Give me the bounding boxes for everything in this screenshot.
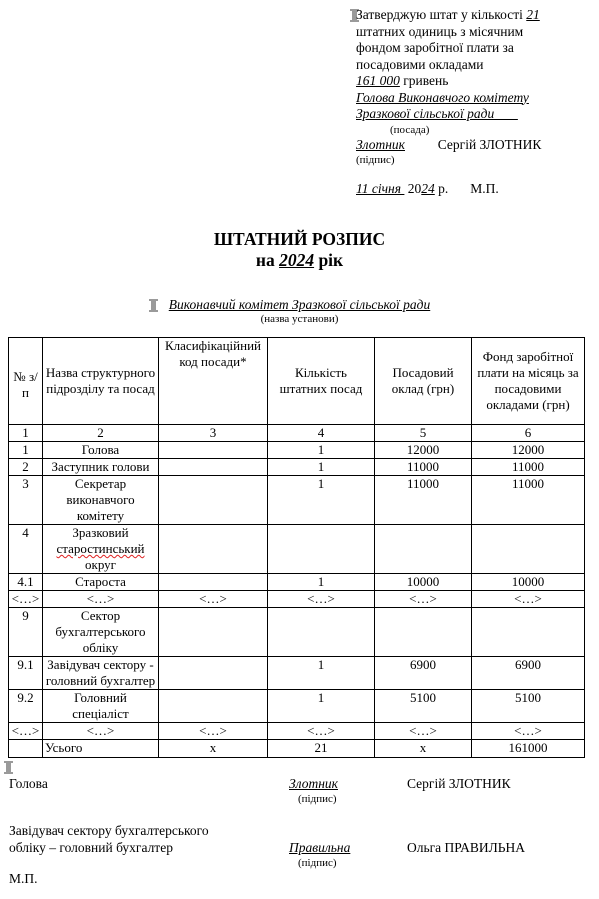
total-fund: 161000 (472, 740, 585, 758)
header-fund: Фонд заробітної плати на місяць за посад… (472, 338, 585, 425)
table-row: 2Заступник голови11100011000 (9, 459, 585, 476)
institution-block: Виконавчий комітет Зразкової сільської р… (0, 297, 599, 327)
head-signature-caption: (підпис) (298, 791, 337, 808)
header-salary: Посадовий оклад (грн) (375, 338, 472, 425)
total-label: Усього (43, 740, 159, 758)
table-row-ellipsis: <…><…><…><…><…><…> (9, 591, 585, 608)
spellcheck-underline: старостинський (57, 541, 145, 556)
approval-line-3: фондом заробітної плати за (356, 40, 596, 57)
approval-stamp: М.П. (470, 181, 499, 196)
staff-count-value: 21 (526, 7, 540, 22)
approval-block: Затверджую штат у кількості 21 штатних о… (356, 7, 596, 198)
title-line-2: на 2024 рік (0, 250, 599, 271)
table-row: 3Секретар виконавчого комітету1110001100… (9, 476, 585, 525)
approval-position-line-1: Голова Виконавчого комітету (356, 90, 596, 107)
approval-signer-name: Сергій ЗЛОТНИК (438, 137, 542, 152)
approval-line-1: Затверджую штат у кількості 21 (356, 7, 596, 24)
approval-signature: Злотник (356, 137, 405, 152)
approval-date: 11 січня (356, 181, 404, 196)
fund-amount-value: 161 000 (356, 73, 400, 88)
accountant-position-line-1: Завідувач сектору бухгалтерського (9, 823, 209, 840)
header-number: № з/п (9, 338, 43, 425)
approval-line-5: 161 000 гривень (356, 73, 596, 90)
approval-line-4: посадовими окладами (356, 57, 596, 74)
total-count: 21 (268, 740, 375, 758)
table-row-ellipsis: <…><…><…><…><…><…> (9, 723, 585, 740)
document-title: ШТАТНИЙ РОЗПИС на 2024 рік (0, 229, 599, 271)
accountant-position-line-2: обліку – головний бухгалтер (9, 840, 173, 857)
institution-name: Виконавчий комітет Зразкової сільської р… (0, 297, 599, 312)
table-row: 4.1Староста11000010000 (9, 574, 585, 591)
approval-signature-line: Злотник Сергій ЗЛОТНИК (356, 137, 596, 154)
table-row: 1Голова11200012000 (9, 442, 585, 459)
table-row: 4 Зразковий старостинський округ (9, 525, 585, 574)
approval-date-line: 11 січня 2024 р.М.П. (356, 181, 596, 198)
table-row: 9Сектор бухгалтерського обліку (9, 608, 585, 657)
signature-caption: (підпис) (356, 153, 596, 167)
institution-caption: (назва установи) (0, 312, 599, 327)
district-name-cell: Зразковий старостинський округ (43, 525, 159, 574)
header-count: Кількість штатних посад (268, 338, 375, 425)
table-row: 9.2Головний спеціаліст151005100 (9, 690, 585, 723)
approval-position-line-2: Зразкової сільської ради (356, 106, 596, 123)
paragraph-anchor-icon (6, 761, 11, 774)
approval-line-2: штатних одиниць з місячним (356, 24, 596, 41)
title-line-1: ШТАТНИЙ РОЗПИС (0, 229, 599, 250)
column-number-row: 1 2 3 4 5 6 (9, 425, 585, 442)
staff-table: № з/п Назва структурного підрозділу та п… (8, 337, 585, 758)
head-position: Голова (9, 776, 48, 793)
table-row: 9.1Завідувач сектору - головний бухгалте… (9, 657, 585, 690)
header-name: Назва структурного підрозділу та посад (43, 338, 159, 425)
table-total-row: Усьогох21х161000 (9, 740, 585, 758)
header-code: Класифікаційний код посади* (159, 338, 268, 425)
table-header-row: № з/п Назва структурного підрозділу та п… (9, 338, 585, 425)
accountant-name: Ольга ПРАВИЛЬНА (407, 840, 525, 857)
position-caption: (посада) (356, 123, 596, 137)
head-name: Сергій ЗЛОТНИК (407, 776, 511, 793)
title-year: 2024 (279, 250, 314, 270)
accountant-signature-caption: (підпис) (298, 855, 337, 872)
stamp-label: М.П. (9, 871, 38, 888)
